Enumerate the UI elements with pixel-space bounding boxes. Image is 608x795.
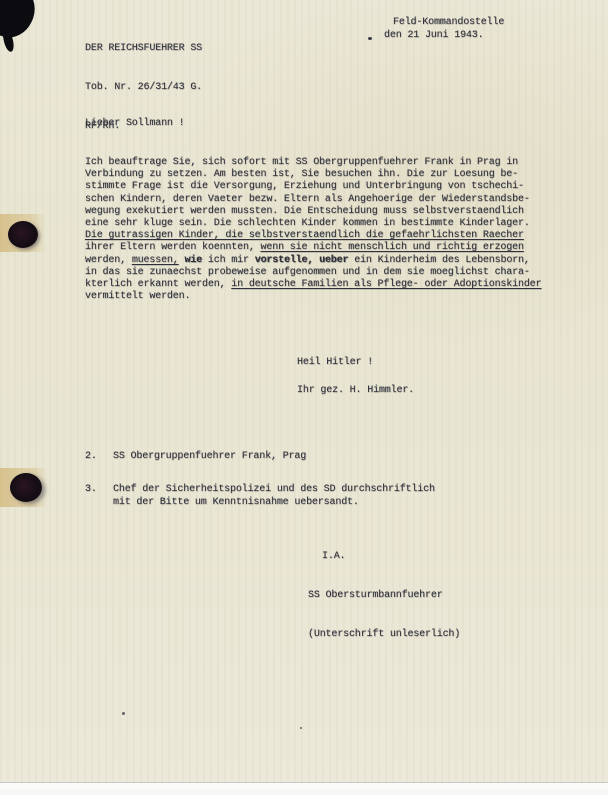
- distribution-item-number: 2.: [85, 450, 113, 463]
- distribution-item: 2.SS Obergruppenfuehrer Frank, Prag: [85, 450, 306, 463]
- body-line: Die gutrassigen Kinder, die selbstversta…: [85, 230, 541, 242]
- body-line: in das sie zunaechst probeweise aufgenom…: [85, 267, 541, 279]
- page-bottom-edge: [0, 782, 608, 789]
- body-paragraph: Ich beauftrage Sie, sich sofort mit SS O…: [85, 157, 541, 303]
- scanned-letter-page: DER REICHSFUEHRER SS Tob. Nr. 26/31/43 G…: [0, 0, 608, 795]
- body-line: schen Kindern, deren Vaeter bezw. Eltern…: [85, 194, 541, 206]
- sender-reference-number: Tob. Nr. 26/31/43 G.: [85, 81, 202, 94]
- letterhead-sender-block: DER REICHSFUEHRER SS Tob. Nr. 26/31/43 G…: [85, 16, 202, 159]
- salutation: Lieber Sollmann !: [85, 118, 184, 129]
- ink-speck: [300, 727, 302, 729]
- ink-speck: [122, 712, 125, 715]
- body-line: eine sehr kluge sein. Die schlechten Kin…: [85, 218, 541, 230]
- signature-rank: SS Obersturmbannfuehrer: [308, 589, 460, 602]
- paper-sheet: DER REICHSFUEHRER SS Tob. Nr. 26/31/43 G…: [0, 0, 608, 789]
- body-line: Ich beauftrage Sie, sich sofort mit SS O…: [85, 157, 541, 169]
- letterhead-date: den 21 Juni 1943.: [384, 30, 483, 41]
- distribution-item-text: SS Obergruppenfuehrer Frank, Prag: [113, 450, 306, 463]
- distribution-item: 3.Chef der Sicherheitspolizei und des SD…: [85, 483, 435, 509]
- sender-org: DER REICHSFUEHRER SS: [85, 42, 202, 55]
- body-line: vermittelt werden.: [85, 291, 541, 303]
- punch-hole-upper: [8, 221, 38, 248]
- body-line: stimmte Frage ist die Versorgung, Erzieh…: [85, 181, 541, 193]
- signature-note: (Unterschrift unleserlich): [308, 628, 460, 641]
- body-line: kterlich erkannt werden, in deutsche Fam…: [85, 279, 541, 291]
- signature-ia: I.A.: [322, 550, 460, 563]
- distribution-item-number: 3.: [85, 483, 113, 509]
- signature-block: I.A. SS Obersturmbannfuehrer (Unterschri…: [308, 524, 460, 667]
- body-line: werden, muessen, wie ich mir vorstelle, …: [85, 255, 541, 267]
- body-line: wegung exekutiert werden mussten. Die En…: [85, 206, 541, 218]
- body-line: Verbindung zu setzen. Am besten ist, Sie…: [85, 169, 541, 181]
- closing-salute: Heil Hitler !: [297, 357, 373, 368]
- distribution-item-text: Chef der Sicherheitspolizei und des SD d…: [113, 483, 435, 509]
- ink-speck: [368, 37, 372, 40]
- punch-hole-lower: [10, 473, 42, 502]
- letterhead-station: Feld-Kommandostelle: [393, 17, 504, 28]
- closing-signature: Ihr gez. H. Himmler.: [297, 385, 414, 396]
- body-line: ihrer Eltern werden koennten, wenn sie n…: [85, 242, 541, 254]
